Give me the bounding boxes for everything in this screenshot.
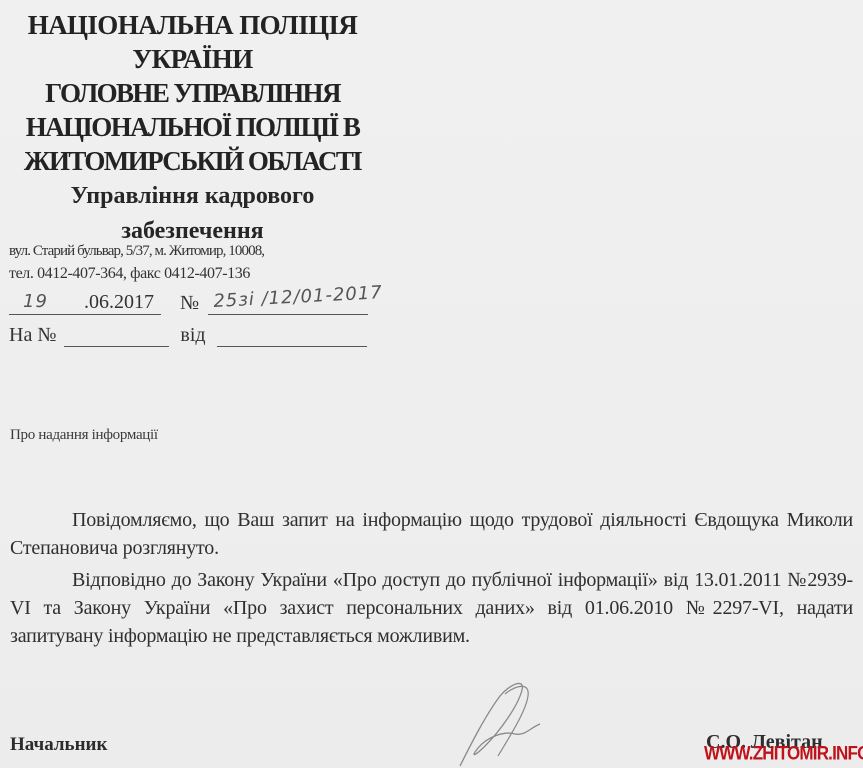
body-paragraph-2: Відповідно до Закону України «Про доступ… [10,566,853,650]
subject-line: Про надання інформації [10,427,158,444]
letterhead-line-5: ЖИТОМИРСЬКІЙ ОБЛАСТІ [0,144,385,178]
ref-label: На № [9,324,56,346]
handwritten-number: 25зі /12/01-2017 [213,274,544,312]
address: вул. Старий бульвар, 5/37, м. Житомир, 1… [9,243,264,260]
letterhead-line-3: ГОЛОВНЕ УПРАВЛІННЯ [0,76,385,110]
from-label: від [180,324,205,346]
letterhead: НАЦІОНАЛЬНА ПОЛІЦІЯ УКРАЇНИ ГОЛОВНЕ УПРА… [0,8,385,248]
site-watermark: WWW.ZHITOMIR.INFO [704,742,863,765]
letterhead-line-2: УКРАЇНИ [0,42,385,76]
from-date-field [217,322,367,347]
letterhead-line-1: НАЦІОНАЛЬНА ПОЛІЦІЯ [0,8,385,42]
department-line-1: Управління кадрового [0,180,385,213]
contacts: тел. 0412-407-364, факс 0412-407-136 [9,265,250,283]
handwritten-signature-icon [430,676,590,768]
signatory-title: Начальник [10,734,107,756]
registration-date-row: 19 .06.2017 № 25зі /12/01-2017 [9,290,368,315]
body-paragraph-1: Повідомляємо, що Ваш запит на інформацію… [10,506,853,562]
letterhead-line-4: НАЦІОНАЛЬНОЇ ПОЛІЦІЇ В [0,110,385,144]
handwritten-day: 19 [23,291,48,312]
printed-date: .06.2017 [84,291,154,314]
document-page: НАЦІОНАЛЬНА ПОЛІЦІЯ УКРАЇНИ ГОЛОВНЕ УПРА… [0,0,863,768]
number-field: 25зі /12/01-2017 [208,290,368,315]
number-label: № [180,292,199,314]
ref-number-field [64,322,169,347]
reference-row: На № від [9,322,367,347]
date-field: 19 .06.2017 [9,290,161,315]
